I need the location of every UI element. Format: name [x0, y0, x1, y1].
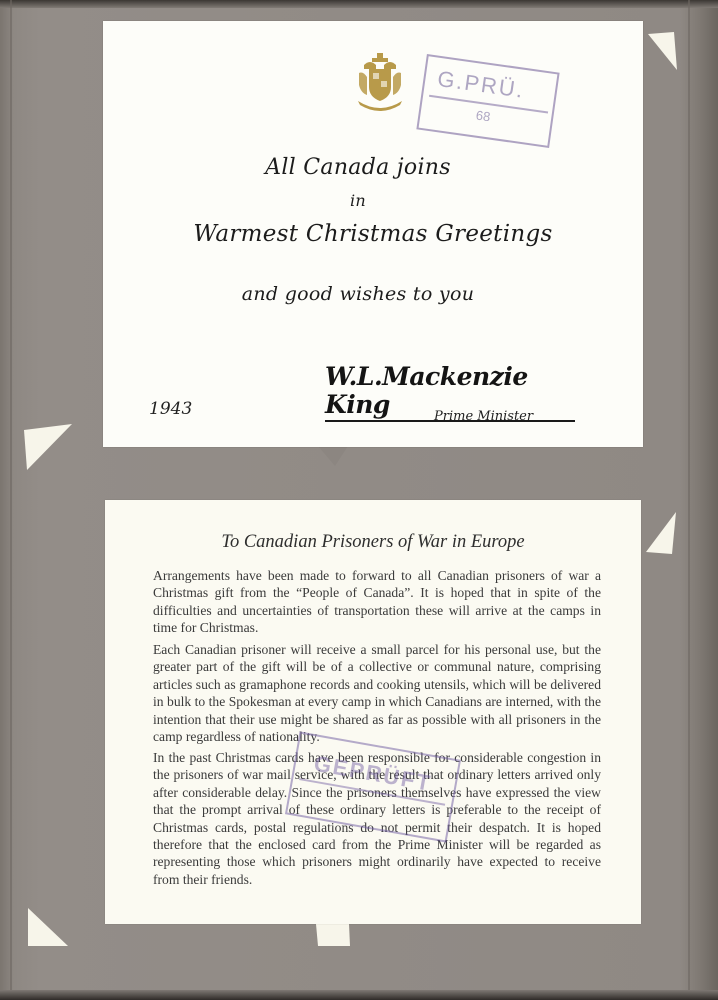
- greeting-line-1: All Canada joins: [103, 155, 643, 180]
- mount-tab-bottom: [316, 924, 350, 946]
- card-tab-shadow: [318, 446, 348, 466]
- censor-stamp-number: 68: [475, 108, 491, 125]
- letter-paragraph-2: Each Canadian prisoner will receive a sm…: [153, 641, 601, 745]
- letter-paragraph-1: Arrangements have been made to forward t…: [153, 567, 601, 637]
- christmas-card: G.PRÜ. 68 All Canada joins in Warmest Ch…: [103, 21, 643, 447]
- mount-corner-top-left-lower: [24, 424, 72, 470]
- coat-of-arms-icon: [354, 51, 406, 113]
- album-page: G.PRÜ. 68 All Canada joins in Warmest Ch…: [0, 0, 718, 1000]
- letter-title: To Canadian Prisoners of War in Europe: [105, 532, 641, 553]
- card-year: 1943: [149, 399, 192, 419]
- greeting-line-2: in: [103, 191, 643, 210]
- censor-stamp: G.PRÜ. 68: [416, 54, 559, 148]
- signatory-title: Prime Minister: [434, 409, 533, 424]
- greeting-line-3: Warmest Christmas Greetings: [103, 221, 643, 247]
- letter-paragraph-3: In the past Christmas cards have been re…: [153, 749, 601, 888]
- greeting-line-4: and good wishes to you: [103, 283, 643, 305]
- mount-corner-right-middle: [646, 512, 676, 554]
- pow-letter: To Canadian Prisoners of War in Europe A…: [105, 500, 641, 924]
- mount-corner-top-right: [648, 32, 677, 70]
- mount-corner-bottom-left: [28, 908, 68, 946]
